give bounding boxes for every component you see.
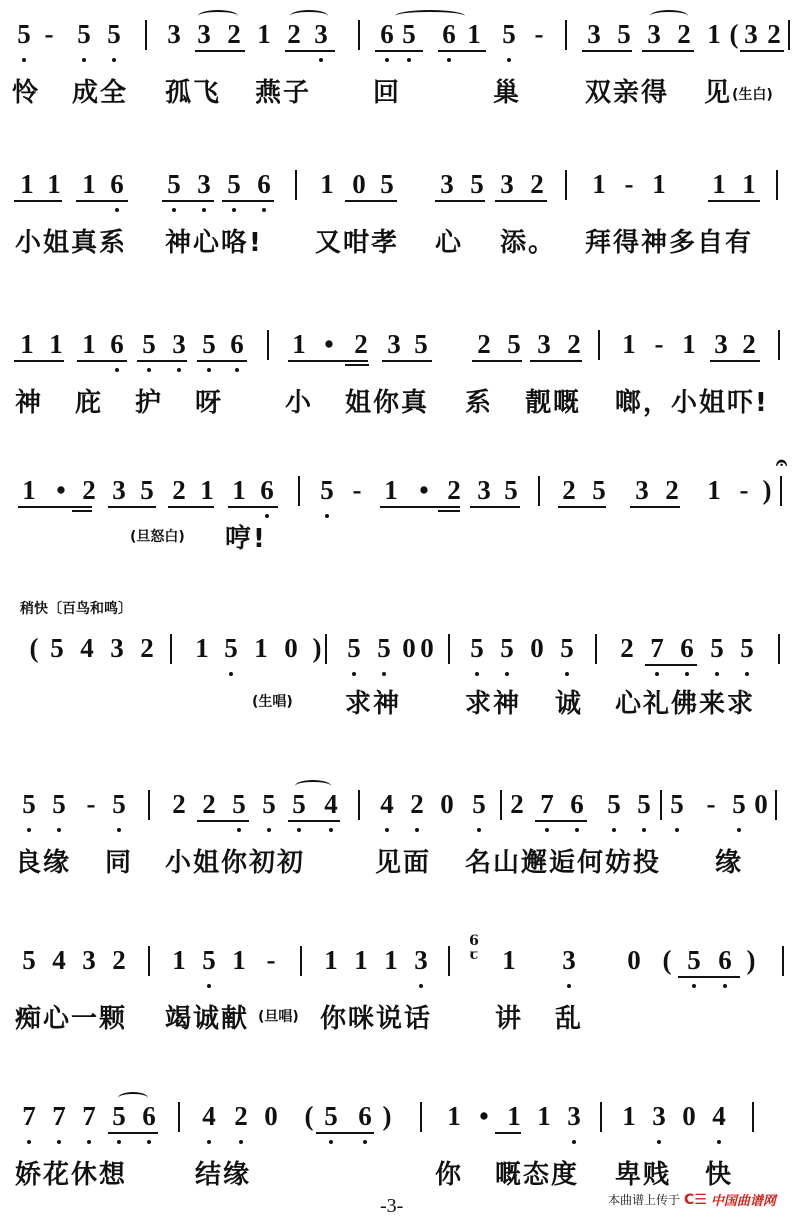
notation-row: 5 - 5 5 3 3 2 1 2 3 6 5 6 1 5 - 3 5 3 2 … xyxy=(0,14,800,54)
lyrics-row: 小姐真系 神心咯! 又咁孝 心 添。 拜得神多自有 xyxy=(0,222,800,262)
lyric: 见面 xyxy=(375,842,431,879)
lyric: 同 xyxy=(105,842,133,879)
lyric: 缘 xyxy=(715,842,743,879)
lyric: 靓嘅 xyxy=(525,382,581,419)
lyric: 卑贱 xyxy=(615,1154,671,1191)
stage-direction: (生唱) xyxy=(252,691,293,711)
notation-row: ( 5 4 3 2 1 5 1 0 ) 5 5 0 0 5 5 0 5 2 7 … xyxy=(0,628,800,668)
notation-row: 1 1 1 6 5 3 5 6 1 0 5 3 5 3 2 1 - 1 1 1 xyxy=(0,164,800,204)
lyric: 讲 xyxy=(495,998,523,1035)
grace-note: 6 xyxy=(466,934,482,948)
notation-row: 1 1 1 6 5 3 5 6 1 • 2 3 5 2 5 3 2 1 - 1 … xyxy=(0,324,800,364)
page-number: -3- xyxy=(380,1195,403,1217)
lyric: 娇花休想 xyxy=(15,1154,127,1191)
site-logo-icon: C☰ xyxy=(684,1192,707,1208)
lyric: 护 xyxy=(135,382,163,419)
stage-direction: (生白) xyxy=(732,84,773,104)
lyric: 孤飞 xyxy=(165,72,221,109)
lyric: 小姐你初初 xyxy=(165,842,305,879)
lyric: 拜得神多自有 xyxy=(585,222,753,259)
site-name-link[interactable]: 中国曲谱网 xyxy=(711,1190,776,1209)
lyric: 心礼佛来求 xyxy=(615,683,755,720)
lyrics-row: 痴心一颗 竭诚献 (旦唱) 你咪说话 讲 乱 xyxy=(0,998,800,1038)
lyrics-row: 怜 成全 孤飞 燕子 回 巢 双亲得 见 (生白) xyxy=(0,72,800,112)
source-credit: 本曲谱上传于 C☰ 中国曲谱网 xyxy=(608,1190,776,1209)
lyric: 快 xyxy=(705,1154,733,1191)
lyric: 竭诚献 xyxy=(165,998,249,1035)
notation-row: 1 • 2 3 5 2 1 1 6 5 - 1 • 2 3 5 2 5 3 2 … xyxy=(0,470,800,510)
lyric: 求神 xyxy=(465,683,521,720)
lyric: 小 xyxy=(285,382,313,419)
lyric: 名山邂逅何妨投 xyxy=(465,842,661,879)
lyric: 心 xyxy=(435,222,463,259)
lyric: 见 xyxy=(704,72,732,109)
lyric: 庇 xyxy=(75,382,103,419)
lyrics-row: (旦怒白) 哼! xyxy=(0,518,800,558)
notation-row: 5 4 3 2 1 5 1 - 1 1 1 3 6 ꞇ 1 3 0 ( 5 6 … xyxy=(0,940,800,980)
lyric: 呀 xyxy=(195,382,223,419)
lyric: 乱 xyxy=(555,998,583,1035)
lyric: 系 xyxy=(465,382,493,419)
lyric: 姐你真 xyxy=(345,382,429,419)
lyric: 小姐真系 xyxy=(15,222,127,259)
lyric: 痴心一颗 xyxy=(15,998,127,1035)
lyric: 神心咯! xyxy=(165,222,263,259)
lyrics-row: 神 庇 护 呀 小 姐你真 系 靓嘅 啷，小姐吓! xyxy=(0,382,800,422)
grace-mark-icon: ꞇ xyxy=(466,948,482,962)
lyrics-row: 良缘 同 小姐你初初 见面 名山邂逅何妨投 缘 xyxy=(0,842,800,882)
tempo-marking: 稍快〔百鸟和鸣〕 xyxy=(20,598,132,618)
lyric: 啷，小姐吓! xyxy=(615,382,769,419)
lyric: 结缘 xyxy=(195,1154,251,1191)
lyric: 求神 xyxy=(345,683,401,720)
lyric: 巢 xyxy=(493,72,521,109)
lyric: 怜 xyxy=(12,72,40,109)
notation-row: 5 5 - 5 2 2 5 5 5 4 4 2 0 5 2 7 6 5 5 5 … xyxy=(0,784,800,824)
lyric: 回 xyxy=(373,72,401,109)
lyric: 添。 xyxy=(500,222,556,259)
footer-text: 本曲谱上传于 xyxy=(608,1191,680,1208)
lyric: 良缘 xyxy=(15,842,71,879)
lyric: 哼! xyxy=(225,518,267,555)
lyric: 又咁孝 xyxy=(315,222,399,259)
lyrics-row: (生唱) 求神 求神 诚 心礼佛来求 xyxy=(0,683,800,723)
lyric: 你咪说话 xyxy=(320,998,432,1035)
lyric: 你 xyxy=(435,1154,463,1191)
stage-direction: (旦唱) xyxy=(258,1006,299,1026)
lyric: 燕子 xyxy=(255,72,311,109)
lyric: 诚 xyxy=(555,683,583,720)
lyric: 双亲得 xyxy=(585,72,669,109)
lyric: 嘅态度 xyxy=(495,1154,579,1191)
lyric: 成全 xyxy=(72,72,128,109)
stage-direction: (旦怒白) xyxy=(130,526,185,546)
lyric: 神 xyxy=(15,382,43,419)
notation-row: 7 7 7 5 6 4 2 0 ( 5 6 ) 1 • 1 1 3 1 3 0 … xyxy=(0,1096,800,1136)
lyrics-row: 娇花休想 结缘 你 嘅态度 卑贱 快 xyxy=(0,1154,800,1194)
